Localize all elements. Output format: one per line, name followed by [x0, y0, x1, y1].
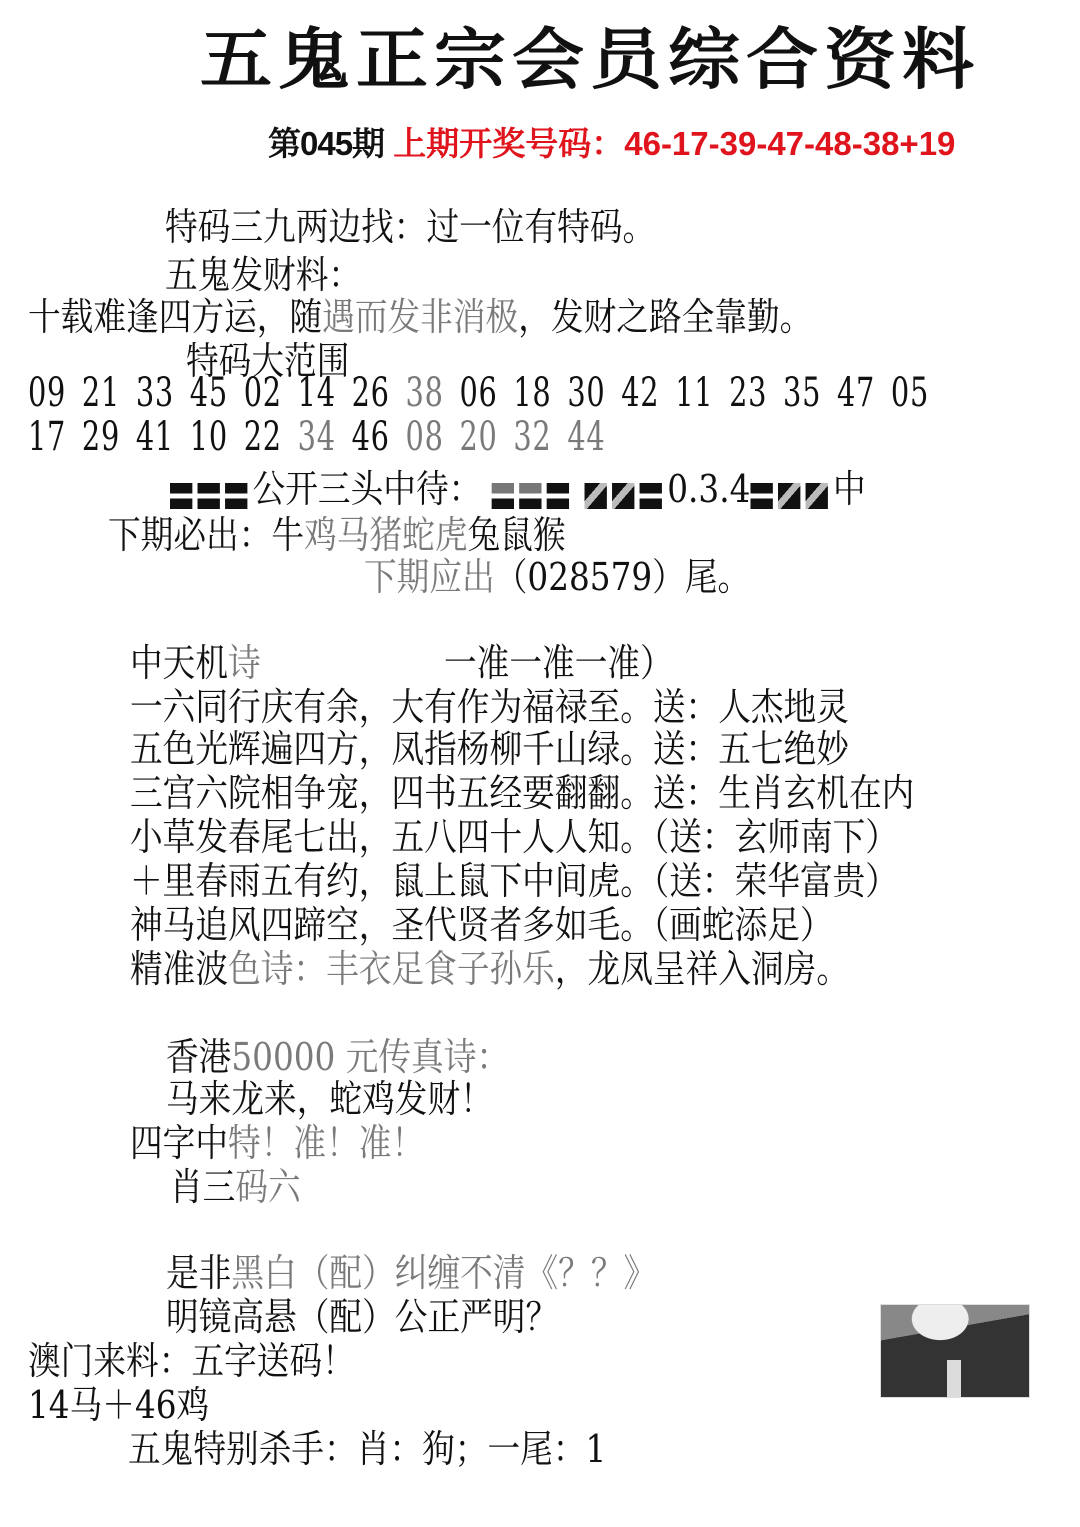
wave-color-poem: 精准波色诗：丰衣足食子孙乐，龙凤呈祥入洞房。	[130, 938, 849, 993]
redaction-blocks	[585, 471, 668, 515]
three-heads-values: 0.3.4	[667, 467, 750, 511]
issue-line: 第045期 上期开奖号码：46-17-39-47-48-38+19	[268, 118, 955, 165]
issue-number: 第045期	[268, 125, 384, 162]
redaction-blocks	[750, 471, 833, 515]
range-numbers-row-2: 1729411022344608203244	[28, 414, 621, 460]
hk-zodiac-hint: 肖三码六	[170, 1156, 301, 1211]
page-title: 五鬼正宗会员综合资料	[200, 6, 980, 102]
last-draw-label: 上期开奖号码：	[393, 125, 624, 162]
portrait-photo	[880, 1304, 1030, 1398]
special-killer-line: 五鬼特别杀手：肖：狗；一尾：1	[128, 1418, 606, 1473]
next-tails: 下期应出（028579）尾。	[364, 546, 750, 601]
fortune-poem: 十载难逢四方运，随遇而发非消极，发财之路全靠勤。	[28, 286, 812, 341]
last-draw-numbers: 46-17-39-47-48-38+19	[624, 125, 955, 162]
range-numbers-row-1: 0921334502142638061830421123354705	[28, 370, 945, 416]
special-code-hint: 特码三九两边找：过一位有特码。	[165, 196, 655, 251]
